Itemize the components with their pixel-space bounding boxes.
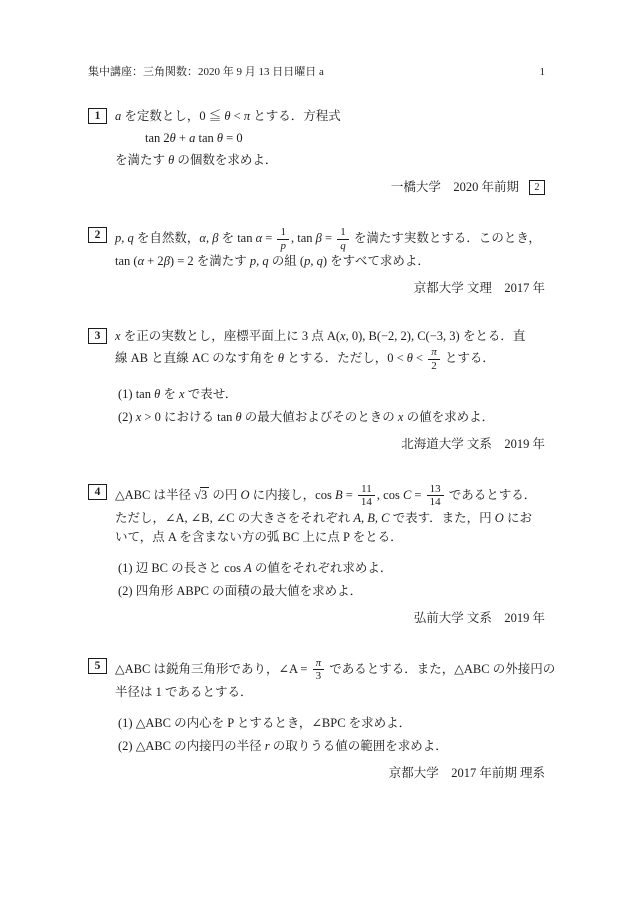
problem-number-badge: 2 <box>88 227 107 243</box>
math-roman: = <box>411 488 424 502</box>
text-run: の個数を求めよ． <box>174 153 277 167</box>
source-line: 京都大学 文理 2017 年 <box>115 279 545 298</box>
text-run: 弘前大学 文系 2019 年 <box>414 611 545 625</box>
math-roman: ∠A = <box>278 662 310 676</box>
math-roman: < <box>413 351 426 365</box>
math-italic: A <box>244 561 252 575</box>
page-header: 集中講座：三角関数：2020 年 9 月 13 日日曜日 a 1 <box>88 63 545 79</box>
fraction: 1p <box>275 226 291 252</box>
text-run: 京都大学 2017 年前期 理系 <box>389 766 545 780</box>
problem-number-badge: 1 <box>88 108 107 124</box>
math-roman: 0 ≦ <box>199 109 224 123</box>
source-line: 弘前大学 文系 2019 年 <box>115 609 545 628</box>
text-run: であるとする． <box>446 488 537 502</box>
fraction-denominator: 3 <box>313 669 325 683</box>
text-run: をすべて求めよ． <box>327 254 430 268</box>
math-italic: O <box>240 488 249 502</box>
source-line: 京都大学 2017 年前期 理系 <box>115 764 545 783</box>
fraction-numerator: 11 <box>358 483 375 496</box>
problem-number-badge: 4 <box>88 484 107 500</box>
text-run: で表せ． <box>185 387 238 401</box>
text-run: を自然数， <box>134 231 200 245</box>
radicand: 3 <box>200 487 209 502</box>
text-run: のなす角を <box>209 351 278 365</box>
math-italic: O <box>495 511 504 525</box>
math-roman: > 0 <box>141 410 161 424</box>
text-run: 四角形 <box>136 584 177 598</box>
text-run: を満たす実数とする．このとき， <box>351 231 541 245</box>
text-run: の大きさをそれぞれ <box>235 511 354 525</box>
math-roman: (2) <box>118 410 136 424</box>
problem-line: (2) x > 0 における tan θ の最大値およびそのときの x の値を求… <box>118 408 545 427</box>
problem-line: を満たす θ の個数を求めよ． <box>115 151 545 170</box>
problem-line: △ABC は鋭角三角形であり，∠A = π3 であるとする．また，△ABC の外… <box>115 657 545 683</box>
square-root: √3 <box>194 487 209 502</box>
fraction-numerator: π <box>428 346 440 359</box>
document-page: 集中講座：三角関数：2020 年 9 月 13 日日曜日 a 1 1a を定数と… <box>0 0 632 902</box>
text-run: の内接円の半径 <box>171 739 265 753</box>
text-run: 北海道大学 文系 2019 年 <box>401 437 545 451</box>
problem-4: 4△ABC は半径 √3 の円 O に内接し，cos B = 1114, cos… <box>88 483 545 628</box>
text-run: は半径 <box>150 488 194 502</box>
math-roman: 0 < <box>387 351 407 365</box>
math-roman: tan <box>195 131 217 145</box>
text-run: に内接し， <box>250 488 316 502</box>
math-roman: △ABC <box>136 716 171 730</box>
problem-line: x を正の実数とし，座標平面上に 3 点 A(x, 0), B(−2, 2), … <box>115 327 545 346</box>
text-run: を含まない方の弧 <box>176 530 282 544</box>
text-run: の値を求めよ． <box>403 410 494 424</box>
text-run: いて，点 <box>115 530 168 544</box>
problem-line: いて，点 A を含まない方の弧 BC 上に点 P をとる． <box>115 528 545 547</box>
text-run: の長さと <box>168 561 224 575</box>
problem-list: 1a を定数とし，0 ≦ θ < π とする．方程式tan 2θ + a tan… <box>88 107 545 783</box>
text-run: にお <box>504 511 532 525</box>
text-run: を <box>218 231 237 245</box>
fraction: 1q <box>335 226 351 252</box>
problem-line: (1) tan θ を x で表せ． <box>118 385 545 404</box>
page-number: 1 <box>540 66 546 78</box>
text-run: を求めよ． <box>346 716 412 730</box>
problem-line: tan (α + 2β) = 2 を満たす p, q の組 (p, q) をすべ… <box>115 252 545 271</box>
math-roman: + 2 <box>144 254 164 268</box>
text-run: をとる．直 <box>460 329 526 343</box>
math-roman: △ABC <box>136 739 171 753</box>
text-run: を定数とし， <box>121 109 199 123</box>
problem-number-badge: 3 <box>88 328 107 344</box>
math-roman: , 0), B(−2, 2), C(−3, 3) <box>346 329 460 343</box>
math-roman: ) = 2 <box>170 254 194 268</box>
text-run: を満たす <box>115 153 168 167</box>
text-run: とする．方程式 <box>250 109 341 123</box>
text-run: における <box>161 410 217 424</box>
text-run: の外接円の <box>490 662 556 676</box>
text-run: を正の実数とし，座標平面上に 3 点 <box>121 329 327 343</box>
math-roman: (2) <box>118 739 136 753</box>
problem-line: (2) △ABC の内接円の半径 r の取りうる値の範囲を求めよ． <box>118 737 545 756</box>
math-roman: (1) <box>118 716 136 730</box>
fraction-numerator: 13 <box>427 483 444 496</box>
fraction-denominator: p <box>277 239 289 253</box>
fraction-numerator: 1 <box>337 226 349 239</box>
problem-line: p, q を自然数，α, β を tan α = 1p, tan β = 1q … <box>115 226 545 252</box>
fraction: π3 <box>311 657 327 683</box>
problem-line: a を定数とし，0 ≦ θ < π とする．方程式 <box>115 107 545 126</box>
math-roman: AC <box>192 351 209 365</box>
problem-5: 5△ABC は鋭角三角形であり，∠A = π3 であるとする．また，△ABC の… <box>88 657 545 783</box>
math-roman: ∠A, ∠B, ∠C <box>165 511 235 525</box>
text-run: 一橋大学 2020 年前期 <box>391 180 519 194</box>
math-roman: BC <box>283 530 300 544</box>
math-roman: + <box>176 131 189 145</box>
fraction-denominator: 14 <box>358 495 375 509</box>
text-run: 線 <box>115 351 131 365</box>
problem-number-badge: 5 <box>88 658 107 674</box>
boxed-number: 2 <box>529 180 545 195</box>
problem-3: 3x を正の実数とし，座標平面上に 3 点 A(x, 0), B(−2, 2),… <box>88 327 545 453</box>
text-run: の組 <box>269 254 300 268</box>
math-roman: (1) <box>118 561 136 575</box>
text-run: の円 <box>209 488 240 502</box>
text-run: の面積の最大値を求めよ． <box>209 584 362 598</box>
problem-line: ただし，∠A, ∠B, ∠C の大きさをそれぞれ A, B, C で表す．また，… <box>115 509 545 528</box>
math-italic: α, β <box>199 231 218 245</box>
text-run: ただし， <box>115 511 165 525</box>
fraction-denominator: 14 <box>427 495 444 509</box>
math-roman: (2) <box>118 584 136 598</box>
math-roman: AB <box>131 351 148 365</box>
problem-2: 2p, q を自然数，α, β を tan α = 1p, tan β = 1q… <box>88 226 545 298</box>
text-run: は鋭角三角形であり， <box>150 662 278 676</box>
source-line: 北海道大学 文系 2019 年 <box>115 435 545 454</box>
math-roman: A( <box>327 329 340 343</box>
math-italic: p, q <box>250 254 269 268</box>
math-roman: ABPC <box>176 584 209 598</box>
text-run: で表す．また，円 <box>390 511 495 525</box>
math-roman: = <box>322 231 335 245</box>
fraction-numerator: 1 <box>277 226 289 239</box>
fraction: π2 <box>426 346 442 372</box>
text-run: 半径は 1 であるとする． <box>115 685 253 699</box>
text-run: を満たす <box>194 254 250 268</box>
math-roman: = <box>262 231 275 245</box>
fraction: 1114 <box>356 483 377 509</box>
math-roman: cos <box>224 561 244 575</box>
math-roman: tan 2 <box>145 131 170 145</box>
problem-line: (2) 四角形 ABPC の面積の最大値を求めよ． <box>118 582 545 601</box>
math-roman: tan <box>297 231 315 245</box>
text-run: と直線 <box>148 351 192 365</box>
math-roman: < <box>231 109 244 123</box>
math-italic: p, q <box>304 254 323 268</box>
fraction-numerator: π <box>313 657 325 670</box>
fraction: 1314 <box>425 483 446 509</box>
math-roman: = <box>343 488 356 502</box>
math-roman: cos <box>383 488 403 502</box>
problem-line: 半径は 1 であるとする． <box>115 683 545 702</box>
math-roman: = 0 <box>223 131 243 145</box>
math-roman: BC <box>151 561 168 575</box>
fraction-denominator: 2 <box>428 359 440 373</box>
text-run: をとる． <box>349 530 402 544</box>
problem-line: tan 2θ + a tan θ = 0 <box>145 129 545 148</box>
text-run: 辺 <box>136 561 152 575</box>
math-roman: △ABC <box>115 662 150 676</box>
problem-1: 1a を定数とし，0 ≦ θ < π とする．方程式tan 2θ + a tan… <box>88 107 545 197</box>
text-run: 京都大学 文理 2017 年 <box>414 281 545 295</box>
header-title: 集中講座：三角関数：2020 年 9 月 13 日日曜日 a <box>88 63 324 79</box>
problem-line: △ABC は半径 √3 の円 O に内接し，cos B = 1114, cos … <box>115 483 545 509</box>
math-roman: tan ( <box>115 254 138 268</box>
text-run: の内心を <box>171 716 227 730</box>
math-italic: A, B, C <box>353 511 389 525</box>
text-run: とする．ただし， <box>284 351 387 365</box>
problem-line: (1) △ABC の内心を P とするとき，∠BPC を求めよ． <box>118 714 545 733</box>
text-run: の値をそれぞれ求めよ． <box>252 561 393 575</box>
math-roman: △ABC <box>115 488 150 502</box>
problem-line: (1) 辺 BC の長さと cos A の値をそれぞれ求めよ． <box>118 559 545 578</box>
text-run: の取りうる値の範囲を求めよ． <box>270 739 448 753</box>
math-roman: (1) tan <box>118 387 154 401</box>
math-roman: tan <box>237 231 255 245</box>
math-roman: △ABC <box>454 662 489 676</box>
text-run: であるとする．また， <box>326 662 454 676</box>
text-run: の最大値およびそのときの <box>242 410 398 424</box>
math-roman: ∠BPC <box>311 716 345 730</box>
math-roman: cos <box>315 488 335 502</box>
math-italic: p, q <box>115 231 134 245</box>
text-run: とするとき， <box>234 716 312 730</box>
math-roman: A <box>168 530 176 544</box>
math-italic: B <box>335 488 343 502</box>
math-roman: tan <box>217 410 235 424</box>
fraction-denominator: q <box>337 239 349 253</box>
text-run: とする． <box>442 351 495 365</box>
text-run: を <box>160 387 179 401</box>
text-run: 上に点 <box>299 530 343 544</box>
problem-line: 線 AB と直線 AC のなす角を θ とする．ただし，0 < θ < π2 と… <box>115 346 545 372</box>
source-line: 一橋大学 2020 年前期2 <box>115 178 545 197</box>
